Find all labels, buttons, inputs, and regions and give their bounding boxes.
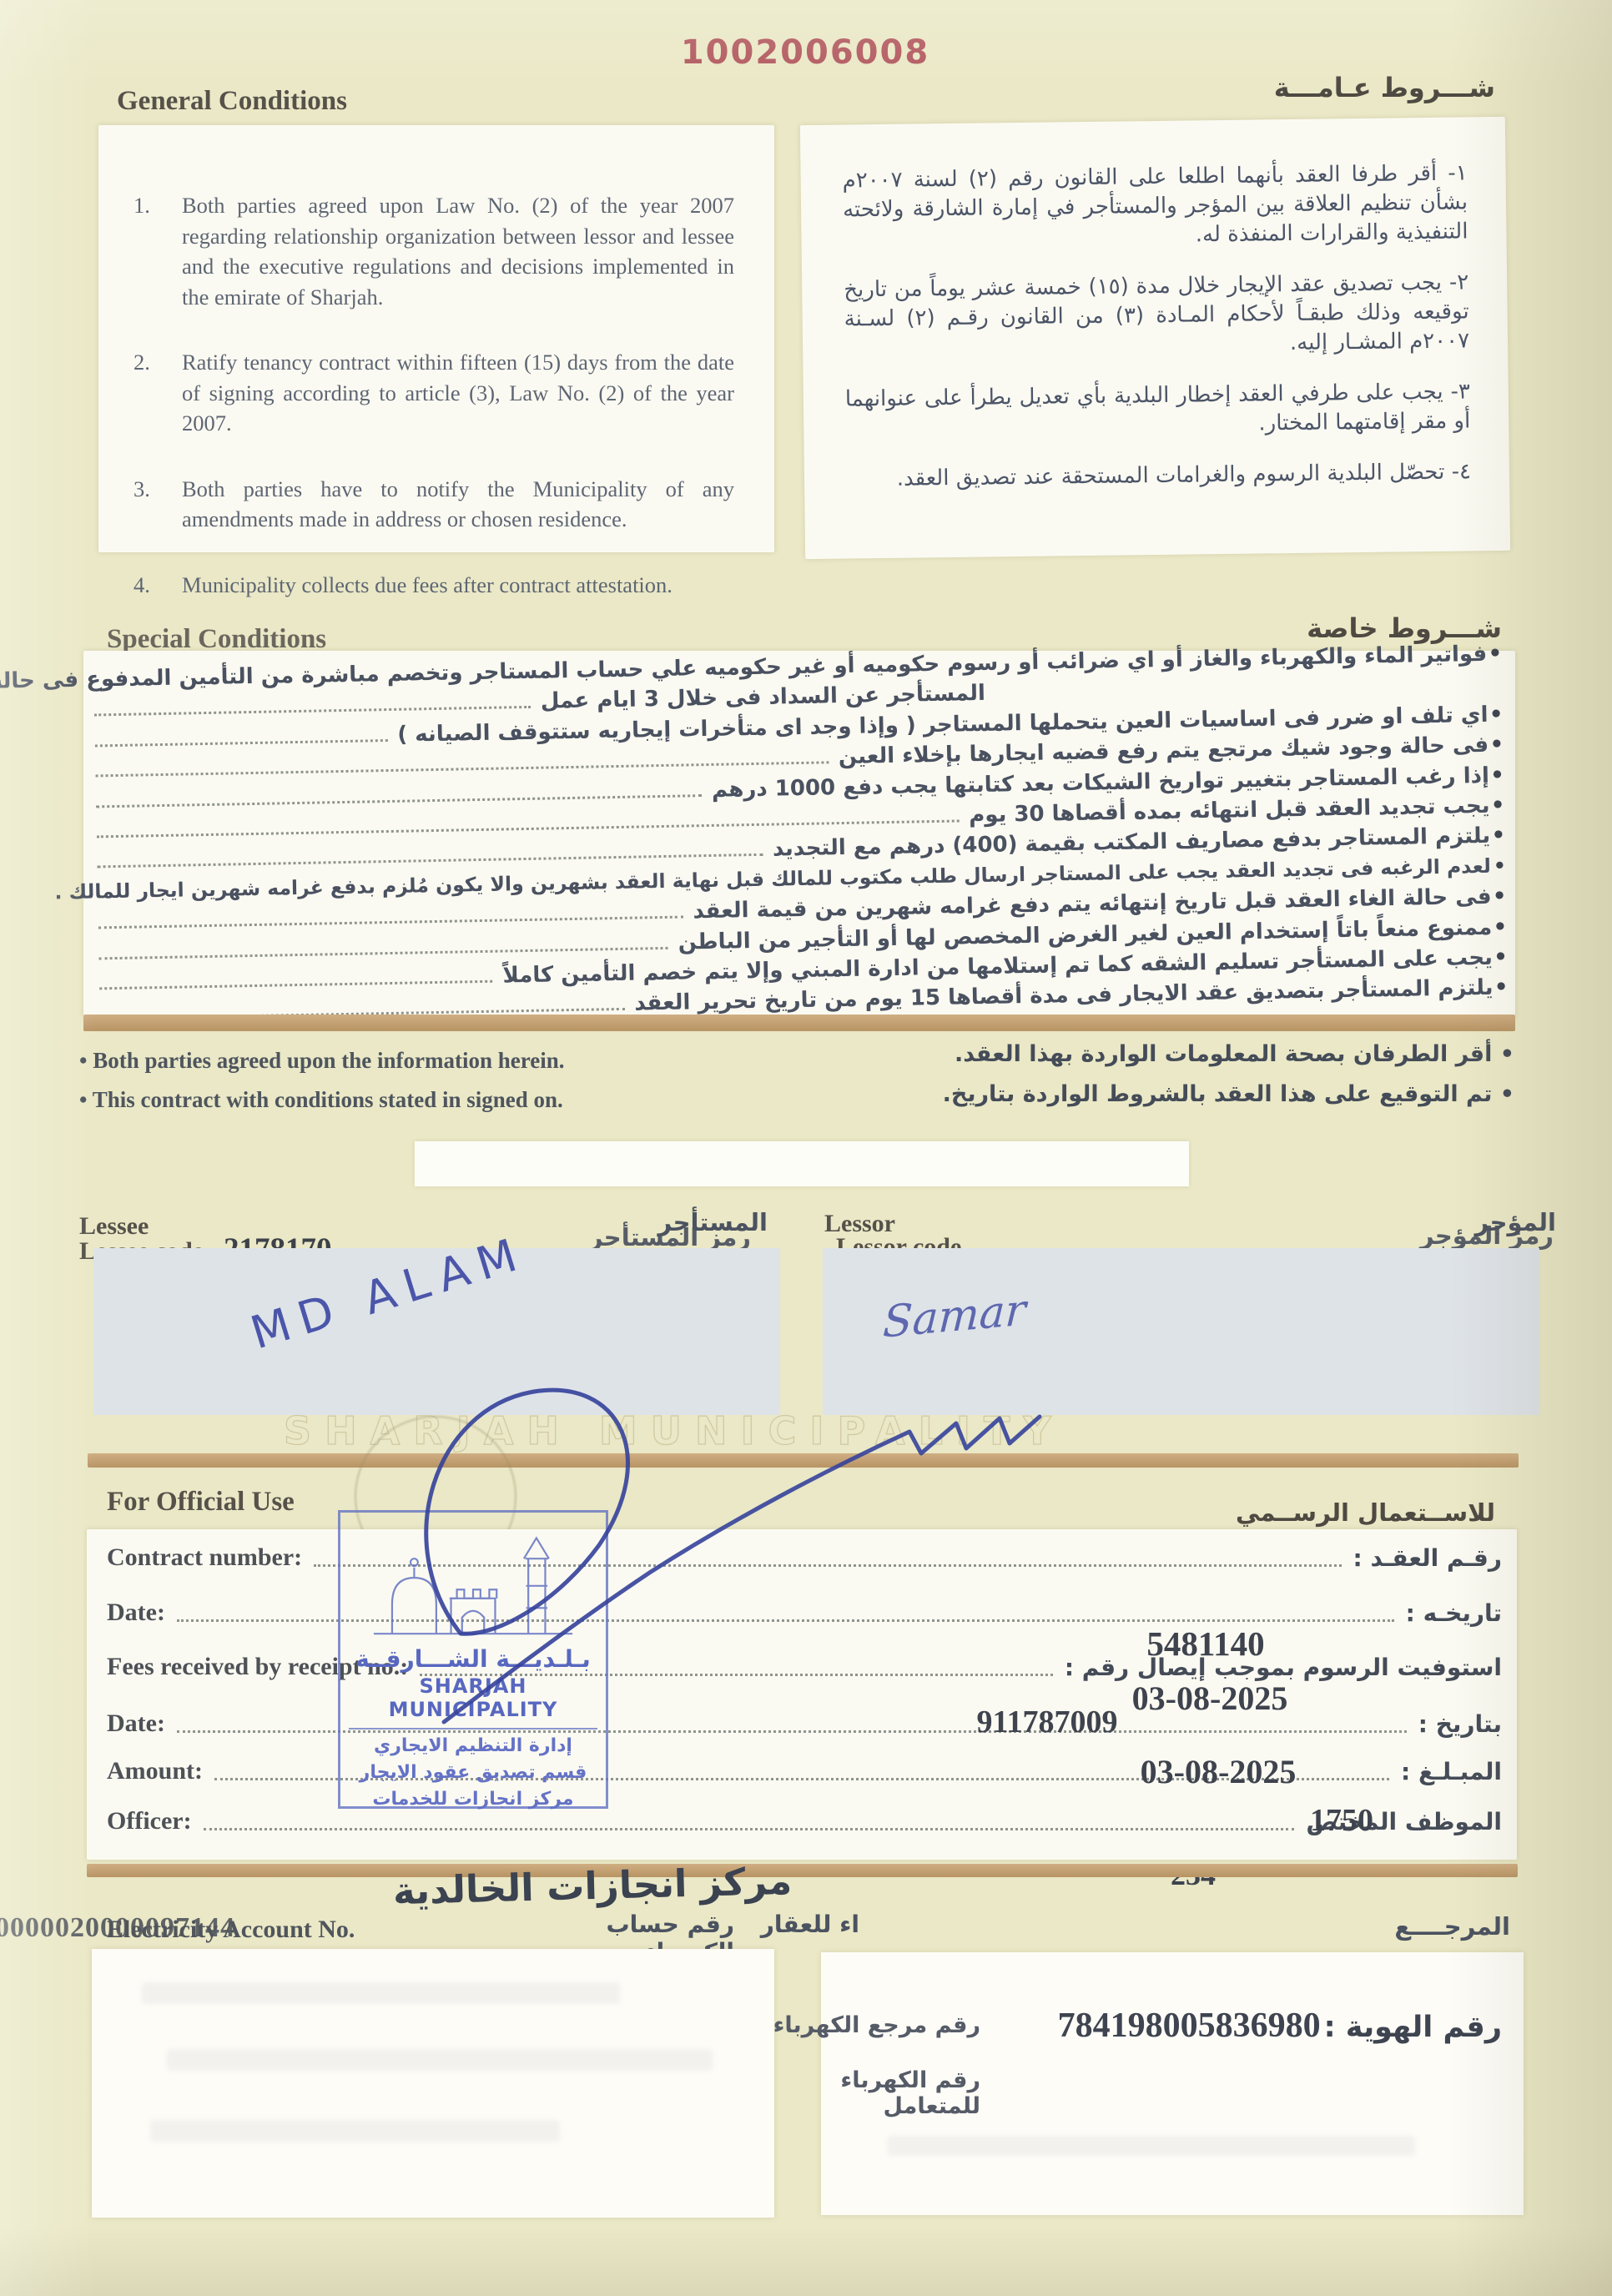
serial-number: 1002006008 [663, 33, 947, 72]
official-use-title-ar: للاســتعمال الرســمي [1235, 1498, 1495, 1527]
general-conditions-title-ar: شـــروط عـامـــة [1235, 72, 1495, 103]
general-conditions-title-en: General Conditions [117, 86, 347, 117]
officer-signature-ink [317, 1360, 1085, 1777]
property-electricity-label-ar: اء للعقار [743, 1911, 859, 1938]
stamp-center: مركز انجازات للخدمات [340, 1789, 606, 1810]
special-conditions-bottom-bar [83, 1015, 1515, 1031]
identity-number: 784198005836980 [1058, 2006, 1321, 2045]
gc-en-item: 2.Ratify tenancy contract within fifteen… [133, 347, 734, 439]
lessee-code-label-ar: رمز المستأجر [517, 1223, 751, 1251]
receipt-number-value: 5481140 [1068, 1624, 1343, 1664]
official-use-title-en: For Official Use [107, 1487, 295, 1518]
gc-ar-item: ١- أقر طرفا العقد بأنهما اطلعا على القان… [842, 159, 1468, 254]
agreement-line-en: • Both parties agreed upon the informati… [79, 1048, 564, 1074]
gc-ar-item: ٢- يجب تصديق عقد الإيجار خلال مدة (١٥) خ… [844, 268, 1469, 363]
identity-number-row: رقم الهوية : 784198005836980 [1001, 2006, 1502, 2046]
gc-en-item: 4.Municipality collects due fees after c… [133, 570, 734, 601]
amount-date-value: 03-08-2025 [1076, 1752, 1360, 1791]
gc-en-item: 1.Both parties agreed upon Law No. (2) o… [133, 190, 734, 312]
gc-ar-item: ٣- يجب على طرفي العقد إخطار البلدية بأي … [845, 377, 1471, 443]
customer-electricity-label-ar: رقم الكهرباء للمتعامل [747, 2067, 980, 2119]
identity-label: رقم الهوية : [1324, 2011, 1502, 2044]
agreement-line-ar: • أقر الطرفان بصحة المعلومات الواردة بهذ… [918, 1041, 1514, 1067]
contract-page: 1002006008 General Conditions شـــروط عـ… [0, 0, 1612, 2296]
gc-ar-item: ٤- تحصّل البلدية الرسوم والغرامات المستح… [846, 457, 1471, 494]
bottom-left-redaction-box [92, 1949, 774, 2218]
meter-reference-label-ar: رقم مرجع الكهرباء [768, 2012, 980, 2038]
electricity-account-label: Electricity Account No. [107, 1916, 355, 1944]
general-conditions-box-en: 1.Both parties agreed upon Law No. (2) o… [98, 125, 774, 552]
agreement-line-en: • This contract with conditions stated i… [79, 1087, 563, 1113]
lessee-label: Lessee [79, 1212, 149, 1241]
agreement-line-ar: • تم التوقيع على هذا العقد بالشروط الوار… [918, 1081, 1514, 1107]
lessor-code-label-ar: رمز المؤجر [1368, 1221, 1554, 1250]
special-conditions-box: •فواتير الماء والكهرباء والغاز أو اي ضرا… [83, 651, 1515, 1018]
officer-code-value: 1750 [1292, 1802, 1392, 1839]
general-conditions-box-ar: ١- أقر طرفا العقد بأنهما اطلعا على القان… [800, 117, 1510, 559]
reference-label-ar: المرجــــع [1377, 1912, 1510, 1941]
gc-en-item: 3.Both parties have to notify the Munici… [133, 474, 734, 535]
redaction-bar [415, 1141, 1189, 1186]
